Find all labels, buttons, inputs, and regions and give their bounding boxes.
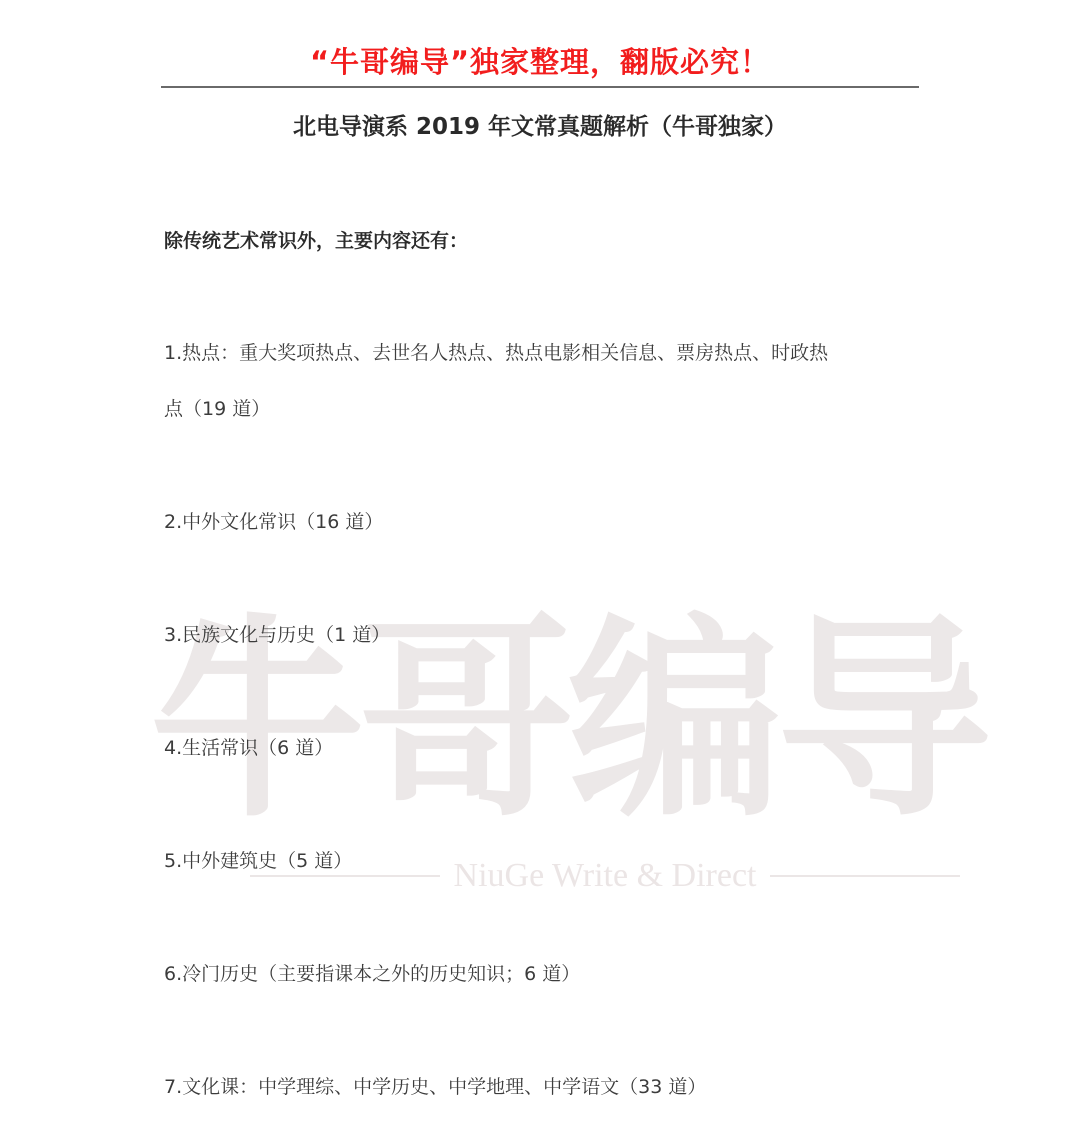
list-item-line: 点（19 道） [164, 381, 924, 437]
header-divider [161, 86, 919, 88]
list-item-line: 5.中外建筑史（5 道） [164, 833, 924, 889]
intro-heading: 除传统艺术常识外，主要内容还有： [164, 226, 468, 253]
list-item-line: 6.冷门历史（主要指课本之外的历史知识；6 道） [164, 946, 924, 1002]
document-title: 北电导演系 2019 年文常真题解析（牛哥独家） [0, 108, 1080, 141]
list-item-line: 2.中外文化常识（16 道） [164, 494, 924, 550]
list-item-culture: 2.中外文化常识（16 道） [164, 494, 924, 550]
list-item-line: 3.民族文化与历史（1 道） [164, 607, 924, 663]
list-item-line: 1.热点：重大奖项热点、去世名人热点、热点电影相关信息、票房热点、时政热 [164, 325, 924, 381]
copyright-banner: “牛哥编导”独家整理，翻版必究！ [0, 40, 1080, 81]
list-item-architecture: 5.中外建筑史（5 道） [164, 833, 924, 889]
list-item-courses: 7.文化课：中学理综、中学历史、中学地理、中学语文（33 道） [164, 1059, 924, 1115]
list-item-line: 4.生活常识（6 道） [164, 720, 924, 776]
list-item-life: 4.生活常识（6 道） [164, 720, 924, 776]
list-item-hot-topics: 1.热点：重大奖项热点、去世名人热点、热点电影相关信息、票房热点、时政热 点（1… [164, 325, 924, 437]
list-item-ethnic: 3.民族文化与历史（1 道） [164, 607, 924, 663]
list-item-line: 7.文化课：中学理综、中学历史、中学地理、中学语文（33 道） [164, 1059, 924, 1115]
list-item-history: 6.冷门历史（主要指课本之外的历史知识；6 道） [164, 946, 924, 1002]
